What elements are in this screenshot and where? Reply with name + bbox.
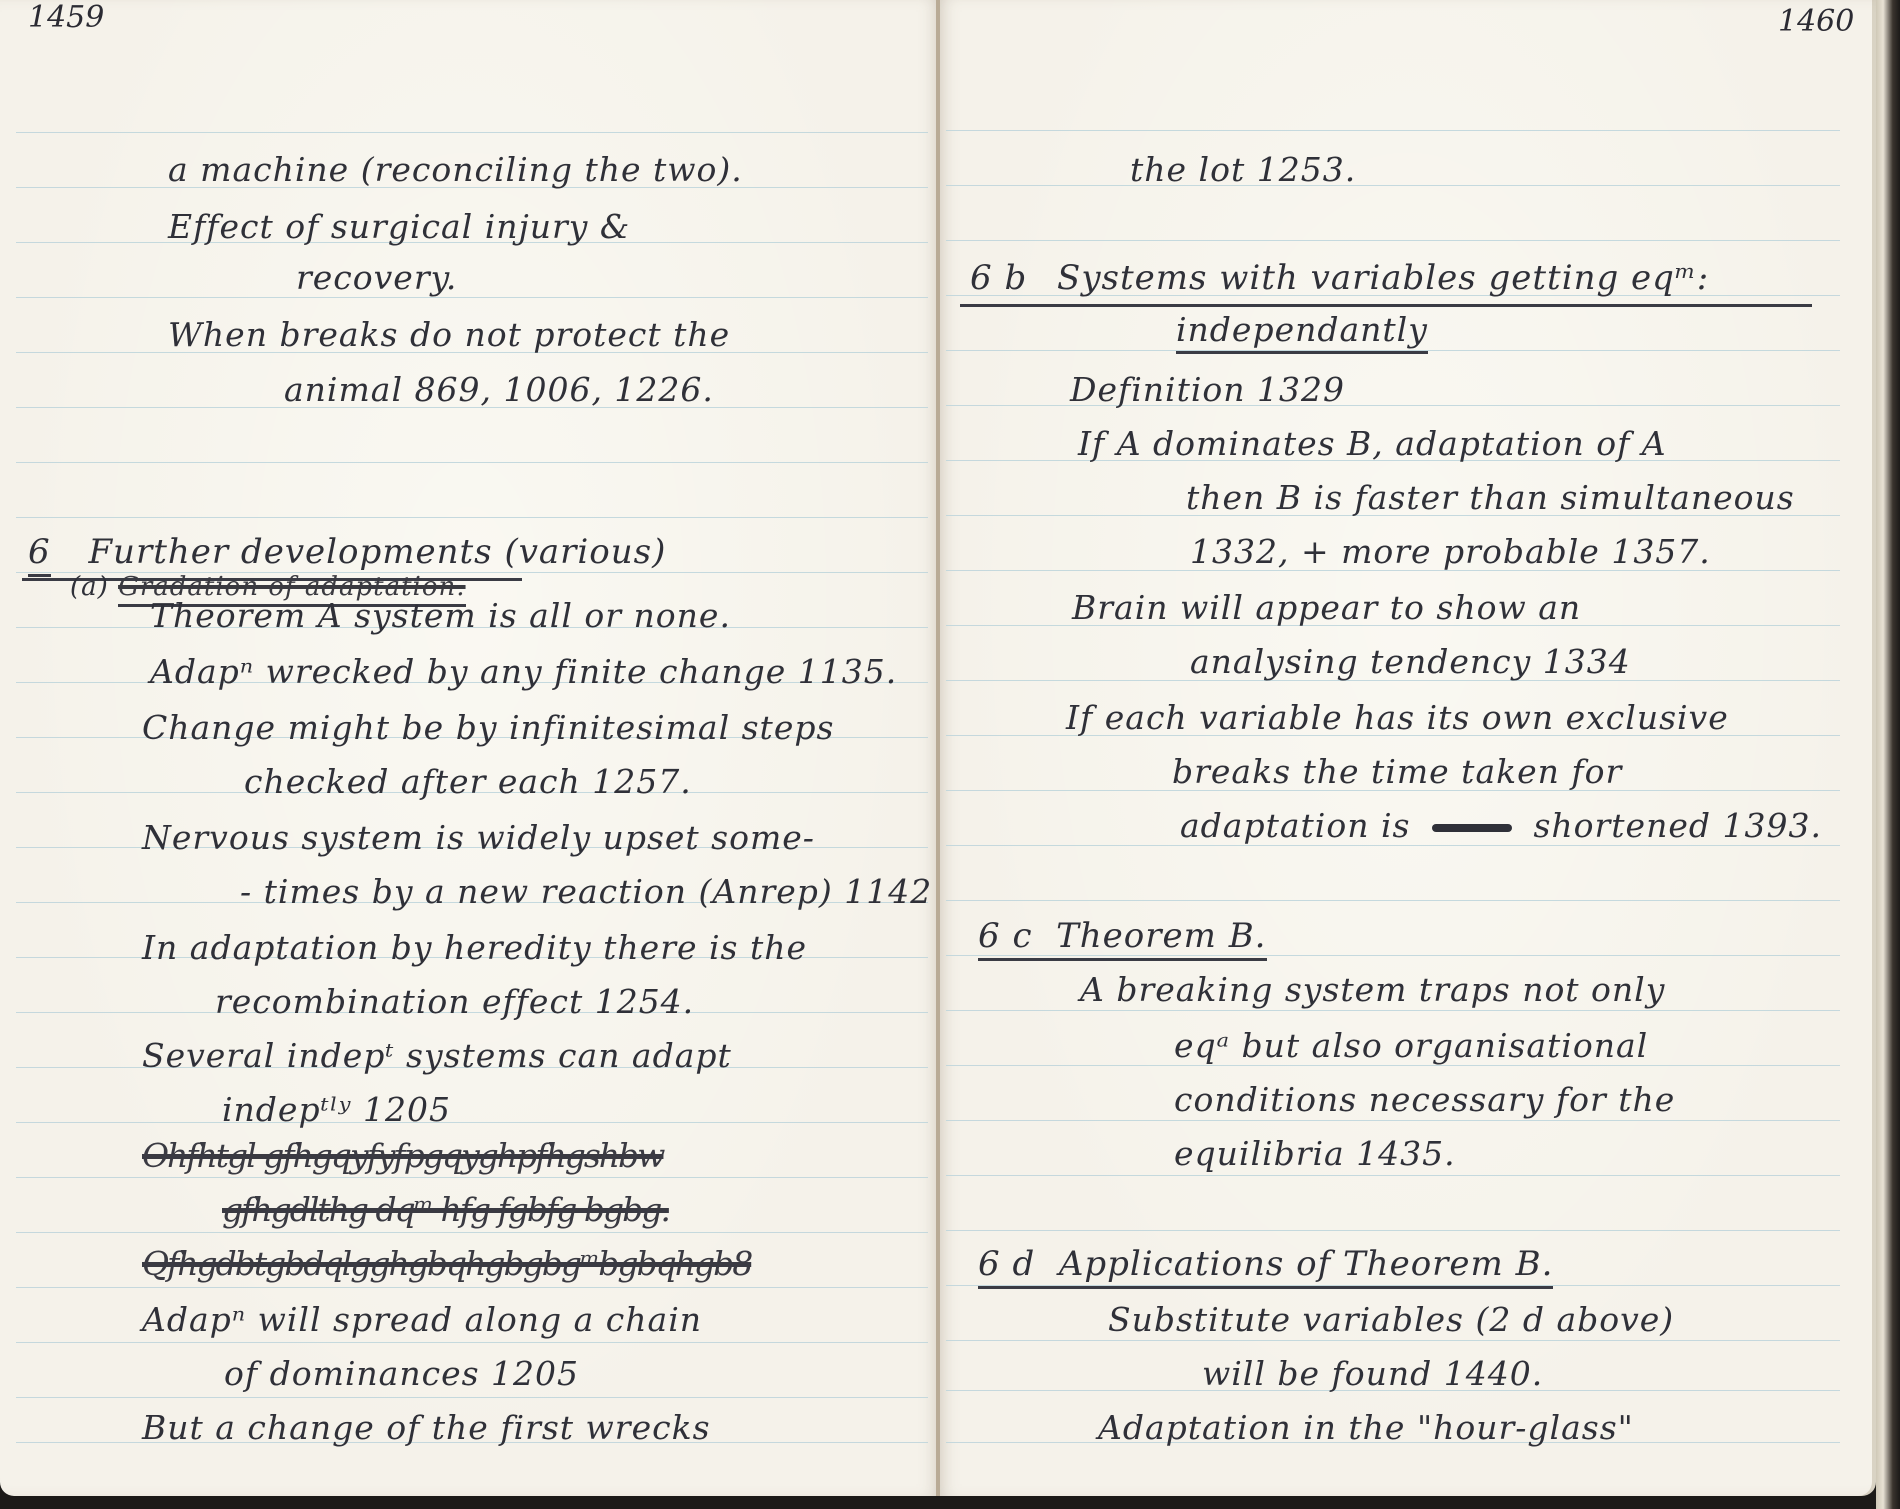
note-line: When breaks do not protect the bbox=[168, 315, 730, 354]
ruled-line bbox=[16, 1232, 928, 1233]
ruled-line bbox=[946, 1340, 1840, 1341]
ruled-line bbox=[16, 297, 928, 298]
ink-blot-struck-word bbox=[1432, 824, 1512, 832]
ruled-line bbox=[16, 1177, 928, 1178]
note-line: the lot 1253. bbox=[1130, 150, 1356, 189]
page-number-left: 1459 bbox=[28, 0, 104, 35]
ruled-line bbox=[16, 462, 928, 463]
crossed-out-line: gfhgdlthg dqᵐ hfg fgbfg bgbg. bbox=[222, 1190, 669, 1229]
section-6d-heading: 6 d Applications of Theorem B. bbox=[978, 1244, 1553, 1284]
ruled-line bbox=[946, 1120, 1840, 1121]
section-6c-number: 6 c bbox=[978, 916, 1032, 956]
section-6b-number: 6 b bbox=[970, 258, 1027, 298]
ruled-line bbox=[946, 130, 1840, 131]
ruled-line bbox=[946, 240, 1840, 241]
section-6-heading: 6 Further developments (various) bbox=[28, 532, 666, 572]
note-line: animal 869, 1006, 1226. bbox=[284, 370, 714, 409]
note-line: Brain will appear to show an bbox=[1072, 588, 1581, 627]
section-6-number: 6 bbox=[28, 532, 51, 577]
section-6b-title-line1: Systems with variables getting eqᵐ: bbox=[1057, 258, 1709, 298]
ruled-line bbox=[946, 1230, 1840, 1231]
ruled-line bbox=[16, 132, 928, 133]
section-6b-underline bbox=[960, 304, 1812, 307]
note-line: then B is faster than simultaneous bbox=[1186, 478, 1795, 517]
note-line: indepᵗˡʸ 1205 bbox=[222, 1090, 451, 1129]
crossed-out-line: Ohfhtgl gfhgqyfyfpgqyghpfhgshbw bbox=[142, 1136, 663, 1175]
note-line: If each variable has its own exclusive bbox=[1066, 698, 1729, 737]
section-6c-heading-text: 6 c Theorem B. bbox=[978, 916, 1267, 961]
section-6b-heading: 6 b Systems with variables getting eqᵐ: bbox=[970, 258, 1709, 298]
left-page: 1459 a machine (reconciling the two). Ef… bbox=[0, 0, 938, 1496]
note-line: recombination effect 1254. bbox=[215, 982, 694, 1021]
note-line: Adapⁿ will spread along a chain bbox=[142, 1300, 702, 1339]
ruled-line bbox=[946, 1010, 1840, 1011]
ruled-line bbox=[946, 1175, 1840, 1176]
note-line: checked after each 1257. bbox=[244, 762, 692, 801]
page-number-right: 1460 bbox=[1778, 4, 1854, 39]
right-page: 1460 the lot 1253. 6 b Systems with vari… bbox=[940, 0, 1876, 1496]
note-line: Adaptation in the "hour-glass" bbox=[1098, 1408, 1634, 1447]
ruled-line bbox=[16, 517, 928, 518]
section-6b-title-line2: independantly bbox=[1176, 310, 1428, 349]
section-6d-title: Applications of Theorem B. bbox=[1059, 1244, 1554, 1284]
ruled-line bbox=[16, 1287, 928, 1288]
ruled-line bbox=[946, 900, 1840, 901]
ruled-line bbox=[16, 1342, 928, 1343]
note-line: A breaking system traps not only bbox=[1080, 970, 1665, 1009]
note-line: Nervous system is widely upset some- bbox=[142, 818, 815, 857]
note-line: Definition 1329 bbox=[1070, 370, 1345, 409]
note-line: Change might be by infinitesimal steps bbox=[142, 708, 834, 747]
note-line: equilibria 1435. bbox=[1174, 1134, 1456, 1173]
note-line: Several indepᵗ systems can adapt bbox=[142, 1036, 732, 1075]
note-line: Effect of surgical injury & bbox=[168, 207, 630, 246]
note-line: 1332, + more probable 1357. bbox=[1190, 532, 1711, 571]
section-6-title: Further developments (various) bbox=[88, 532, 666, 572]
note-line: eqᵃ but also organisational bbox=[1174, 1026, 1648, 1065]
ruled-line bbox=[946, 1065, 1840, 1066]
note-line: analysing tendency 1334 bbox=[1190, 642, 1631, 681]
crossed-out-line: Qfhgdbtgbdqlgghgbqhgbgbgᵐbgbqhgb8 bbox=[142, 1244, 751, 1283]
note-line: a machine (reconciling the two). bbox=[168, 150, 743, 189]
note-line: - times by a new reaction (Anrep) 1142 bbox=[240, 872, 932, 911]
note-line: recovery. bbox=[296, 258, 457, 297]
book-edge bbox=[1876, 0, 1900, 1509]
note-line: If A dominates B, adaptation of A bbox=[1078, 424, 1667, 463]
note-fragment: adaptation is bbox=[1180, 806, 1410, 845]
subsection-a-label: (a) bbox=[70, 572, 109, 602]
ruled-line bbox=[946, 845, 1840, 846]
note-line: will be found 1440. bbox=[1202, 1354, 1543, 1393]
note-line: of dominances 1205 bbox=[224, 1354, 579, 1393]
section-6d-heading-text: 6 d Applications of Theorem B. bbox=[978, 1244, 1553, 1289]
ruled-line bbox=[16, 1397, 928, 1398]
note-fragment: shortened 1393. bbox=[1533, 806, 1822, 845]
ruled-line bbox=[16, 1122, 928, 1123]
note-line-with-blot: adaptation is shortened 1393. bbox=[1180, 806, 1822, 845]
note-line: Substitute variables (2 d above) bbox=[1108, 1300, 1674, 1339]
note-line: breaks the time taken for bbox=[1172, 752, 1622, 791]
note-line: Theorem A system is all or none. bbox=[150, 596, 731, 635]
section-6b-title-continuation: independantly bbox=[1176, 310, 1428, 354]
note-line: But a change of the first wrecks bbox=[142, 1408, 711, 1447]
ruled-line bbox=[946, 185, 1840, 186]
section-6c-title: Theorem B. bbox=[1056, 916, 1266, 956]
section-6c-heading: 6 c Theorem B. bbox=[978, 916, 1267, 956]
note-line: Adapⁿ wrecked by any finite change 1135. bbox=[150, 652, 897, 691]
note-line: conditions necessary for the bbox=[1174, 1080, 1675, 1119]
note-line: In adaptation by heredity there is the bbox=[142, 928, 807, 967]
section-6d-number: 6 d bbox=[978, 1244, 1035, 1284]
